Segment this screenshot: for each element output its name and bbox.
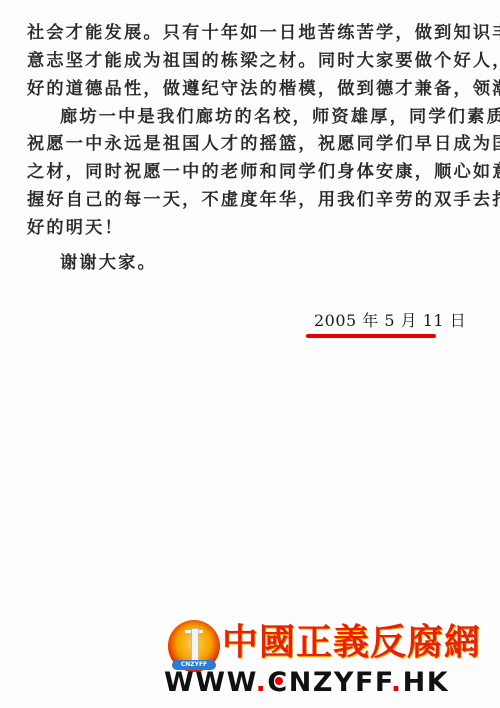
watermark-logo: CNZYFF 中國正義反腐網 WWW.CNZYFF.HK bbox=[160, 614, 500, 704]
url-part-c: C bbox=[267, 667, 288, 698]
text-line: 祝愿一中永远是祖国人才的摇篮，祝愿同学们早日成为国家的有用 bbox=[27, 133, 479, 155]
url-dot: . bbox=[391, 667, 403, 698]
text-line: 之材，同时祝愿一中的老师和同学们身体安康，顺心如意，成功把 bbox=[27, 161, 479, 183]
text-line: 好的道德品性，做遵纪守法的楷模，做到德才兼备，领潮于时代。 bbox=[27, 78, 479, 100]
paragraph-start-line: 廊坊一中是我们廊坊的名校，师资雄厚，同学们素质很高。我 bbox=[60, 106, 480, 128]
text-line: 好的明天！ bbox=[27, 217, 479, 239]
closing-thanks: 谢谢大家。 bbox=[60, 252, 480, 274]
url-dot: . bbox=[256, 667, 268, 698]
url-part: NZYFF bbox=[289, 667, 391, 698]
pillar-shape bbox=[191, 628, 199, 664]
emblem-icon: CNZYFF bbox=[168, 620, 220, 672]
date-red-underline bbox=[306, 334, 436, 338]
text-line: 握好自己的每一天，不虚度年华，用我们辛劳的双手去打造更加美 bbox=[27, 189, 479, 211]
text-line: 意志坚才能成为祖国的栋梁之材。同时大家要做个好人，炼就自身良 bbox=[27, 50, 479, 72]
watermark-title: 中國正義反腐網 bbox=[222, 620, 481, 664]
document-date: 2005 年 5 月 11 日 bbox=[314, 310, 466, 332]
url-part: HK bbox=[403, 667, 450, 698]
scanned-document-page: 社会才能发展。只有十年如一日地苦练苦学，做到知识丰、自身硬、 意志坚才能成为祖国… bbox=[0, 0, 500, 708]
watermark-url: WWW.CNZYFF.HK bbox=[164, 670, 449, 696]
url-part: WWW bbox=[164, 667, 256, 698]
text-line: 社会才能发展。只有十年如一日地苦练苦学，做到知识丰、自身硬、 bbox=[27, 22, 479, 44]
